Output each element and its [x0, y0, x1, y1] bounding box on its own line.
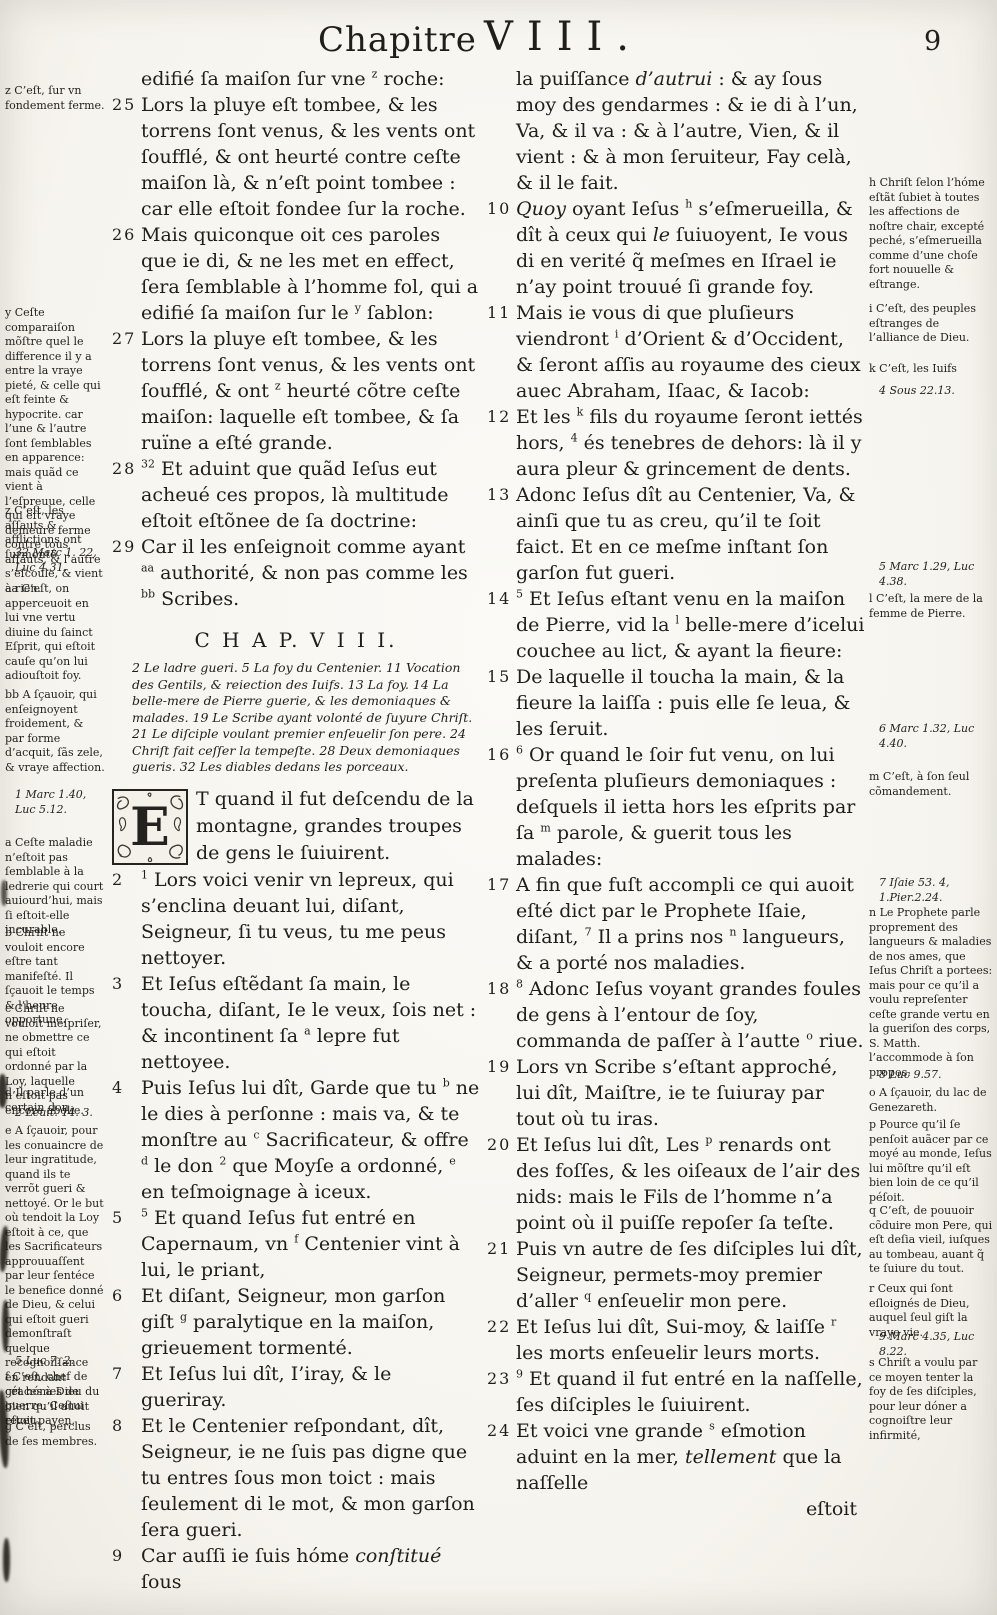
note-marker: 5	[516, 588, 523, 601]
verse: 21 Lors voici venir vn lepreux, qui s’en…	[112, 867, 480, 971]
verse-text: Puis Ieſus lui dît, Garde que tu b ne le…	[141, 1075, 480, 1205]
verse: 8Et le Centenier reſpondant, dît, Seigne…	[112, 1413, 480, 1543]
cross-reference-note: 4 Sous 22.13.	[869, 384, 997, 399]
verse-number: 11	[487, 300, 516, 322]
ink-smudge	[1, 880, 7, 906]
verse-text: Mais quiconque oit ces paroles que ie di…	[141, 222, 480, 326]
verse-number	[487, 66, 516, 69]
margin-annotation: i C’eſt, des peuples eſtranges de l’alli…	[869, 302, 993, 346]
verse: 10Quoy oyant Ieſus h s’eſmerueilla, & dî…	[487, 196, 865, 300]
verse-number: 17	[487, 872, 516, 894]
verse-number: 26	[112, 222, 141, 244]
verse-number: 15	[487, 664, 516, 686]
verse-number: 22	[487, 1314, 516, 1336]
cross-reference-note: 1 Marc 1.40, Luc 5.12.	[5, 788, 107, 817]
verse: edifié ſa maiſon ſur vne z roche:	[112, 66, 480, 92]
chapter7-end-verses: edifié ſa maiſon ſur vne z roche:25Lors …	[112, 66, 480, 612]
verse-text: Et Ieſus eſtẽdant ſa main, le toucha, di…	[141, 971, 480, 1075]
note-marker: 9	[516, 1368, 523, 1381]
margin-annotation: m C’eſt, à ſon ſeul cõmandement.	[869, 770, 993, 799]
verse-number: 18	[487, 976, 516, 998]
note-marker: d	[141, 1154, 148, 1167]
note-marker: b	[443, 1076, 450, 1089]
verse: 3Et Ieſus eſtẽdant ſa main, le toucha, d…	[112, 971, 480, 1075]
note-marker: h	[685, 198, 692, 211]
verse: 166 Or quand le ſoir fut venu, on lui pr…	[487, 742, 865, 872]
book-page: Chapitre VIII. 9 z C’eſt, ſur vn fondeme…	[0, 0, 997, 1615]
verse-text: 6 Or quand le ſoir fut venu, on lui preſ…	[516, 742, 865, 872]
margin-annotation: q C’eſt, de pouuoir cõduire mon Pere, qu…	[869, 1204, 993, 1277]
verse-text: Car auſſi ie ſuis hóme conſtitué ſous	[141, 1543, 480, 1595]
verse-text: la puiſſance d’autrui : & ay ſous moy de…	[516, 66, 865, 196]
opening-verse: E T quand il fut deſcendu de la montagne…	[112, 786, 480, 867]
note-marker: 6	[516, 744, 523, 757]
verse: 239 Et quand il fut entré en la naſſelle…	[487, 1366, 865, 1418]
cross-reference-note: 2 Leuit. 14. 3.	[5, 1106, 107, 1121]
note-marker: 7	[585, 926, 592, 939]
margin-annotation: k C’eſt, les Iuifs	[869, 362, 993, 377]
note-marker: y	[355, 302, 361, 315]
margin-annotation: aa C’eſt, on apperceuoit en lui vne vert…	[5, 582, 107, 684]
italic-run: le	[653, 224, 670, 246]
margin-annotation: s Chriſt a voulu par ce moyen tenter la …	[869, 1356, 993, 1443]
verse-text: Et Ieſus lui dît, Sui-moy, & laiſſe r le…	[516, 1314, 865, 1366]
chapter8-verses-left: 21 Lors voici venir vn lepreux, qui s’en…	[112, 867, 480, 1595]
note-marker: r	[831, 1316, 836, 1329]
verse-text: Et Ieſus lui dît, I’iray, & le gueriray.	[141, 1361, 480, 1413]
note-marker: i	[615, 328, 619, 341]
running-head-chapter-numeral: VIII.	[484, 14, 643, 60]
verse-number: 4	[112, 1075, 141, 1097]
ink-smudge	[2, 1300, 9, 1352]
margin-annotation: p Pource qu’il ſe penſoit auãcer par ce …	[869, 1118, 993, 1205]
verse-number: 29	[112, 534, 141, 556]
cross-reference-note: 9 Marc 4.35, Luc 8.22.	[869, 1330, 997, 1359]
verse-number: 2	[112, 867, 141, 889]
verse: 17A fin que fuſt accompli ce qui auoit e…	[487, 872, 865, 976]
drop-cap-woodcut: E	[112, 789, 188, 865]
verse: 26Mais quiconque oit ces paroles que ie …	[112, 222, 480, 326]
note-marker: g	[180, 1310, 187, 1323]
note-marker: p	[705, 1134, 712, 1147]
margin-annotation: z C’eſt, ſur vn fondement ferme.	[5, 84, 107, 113]
left-margin-notes: z C’eſt, ſur vn fondement ferme.y Ceſte …	[5, 0, 107, 1615]
note-marker: 5	[141, 1206, 148, 1219]
right-margin-notes: h Chriſt ſelon l’hóme eſtãt ſubiet à tou…	[869, 0, 993, 1615]
margin-annotation: a Ceſte maladie n’eſtoit pas ſemblable à…	[5, 836, 107, 938]
verse-text: Lors la pluye eſt tombee, & les torrens …	[141, 326, 480, 456]
verse-text: Mais ie vous di que pluſieurs viendront …	[516, 300, 865, 404]
note-marker: bb	[141, 588, 155, 601]
verse-text: Lors vn Scribe s’eſtant approché, lui dî…	[516, 1054, 865, 1132]
note-marker: c	[253, 1128, 259, 1141]
running-head-chapter-word: Chapitre	[318, 20, 477, 60]
note-marker: n	[729, 926, 736, 939]
verse: 15De laquelle il toucha la main, & la fi…	[487, 664, 865, 742]
verse: 9Car auſſi ie ſuis hóme conſtitué ſous	[112, 1543, 480, 1595]
note-marker: m	[540, 822, 550, 835]
verse-text: 32 Et aduint que quãd Ieſus eut acheué c…	[141, 456, 480, 534]
note-marker: a	[304, 1024, 311, 1037]
verse: 27Lors la pluye eſt tombee, & les torren…	[112, 326, 480, 456]
verse-text: Et Ieſus lui dît, Les p renards ont des …	[516, 1132, 865, 1236]
verse-text: Et voici vne grande s eſmotion aduint en…	[516, 1418, 865, 1496]
verse: 22Et Ieſus lui dît, Sui-moy, & laiſſe r …	[487, 1314, 865, 1366]
verse-text: Et diſant, Seigneur, mon garſon giſt g p…	[141, 1283, 480, 1361]
verse: 25Lors la pluye eſt tombee, & les torren…	[112, 92, 480, 222]
verse-text: Et les k fils du royaume ſeront iettés h…	[516, 404, 865, 482]
verse: 55 Et quand Ieſus fut entré en Capernaum…	[112, 1205, 480, 1283]
verse-text: edifié ſa maiſon ſur vne z roche:	[141, 66, 480, 92]
note-marker: 4	[571, 432, 578, 445]
italic-run: conſtitué	[355, 1545, 441, 1567]
verse-text: 1 Lors voici venir vn lepreux, qui s’enc…	[141, 867, 480, 971]
verse: 6Et diſant, Seigneur, mon garſon giſt g …	[112, 1283, 480, 1361]
note-marker: k	[577, 406, 584, 419]
cross-reference-note: 32 Marc 1. 22, Luc 4.31.	[5, 546, 107, 575]
note-marker: q	[584, 1290, 591, 1303]
verse-number: 3	[112, 971, 141, 993]
cross-reference-note: 8 Luc 9.57.	[869, 1068, 997, 1083]
ink-smudge	[0, 1074, 7, 1108]
cross-reference-note: 7 Iſaie 53. 4, 1.Pier.2.24.	[869, 876, 997, 905]
right-text-column: la puiſſance d’autrui : & ay ſous moy de…	[487, 66, 865, 1522]
verse: la puiſſance d’autrui : & ay ſous moy de…	[487, 66, 865, 196]
verse-number: 8	[112, 1413, 141, 1435]
margin-annotation: o A ſçauoir, du lac de Genezareth.	[869, 1086, 993, 1115]
verse-text: 5 Et Ieſus eſtant venu en la maiſon de P…	[516, 586, 865, 664]
note-marker: 2	[219, 1154, 226, 1167]
drop-cap-letter: E	[114, 793, 186, 863]
verse: 188 Adonc Ieſus voyant grandes foules de…	[487, 976, 865, 1054]
verse-number: 9	[112, 1543, 141, 1565]
verse: 24Et voici vne grande s eſmotion aduint …	[487, 1418, 865, 1496]
verse: 11Mais ie vous di que pluſieurs viendron…	[487, 300, 865, 404]
note-marker: f	[294, 1232, 298, 1245]
verse-number: 27	[112, 326, 141, 348]
chapter8-verses-right: la puiſſance d’autrui : & ay ſous moy de…	[487, 66, 865, 1496]
note-marker: 8	[516, 978, 523, 991]
verse-text: De laquelle il toucha la main, & la fieu…	[516, 664, 865, 742]
verse: 2832 Et aduint que quãd Ieſus eut acheué…	[112, 456, 480, 534]
verse-text: Lors la pluye eſt tombee, & les torrens …	[141, 92, 480, 222]
note-marker: z	[275, 380, 281, 393]
verse-number	[112, 66, 141, 69]
verse-number: 20	[487, 1132, 516, 1154]
cross-reference-note: 5 Luc 7. 2.	[5, 1354, 107, 1369]
verse-text: Et le Centenier reſpondant, dît, Seigneu…	[141, 1413, 480, 1543]
verse-text: Car il les enſeignoit comme ayant aa aut…	[141, 534, 480, 612]
margin-annotation: h Chriſt ſelon l’hóme eſtãt ſubiet à tou…	[869, 176, 993, 292]
verse: 21Puis vn autre de ſes diſciples lui dît…	[487, 1236, 865, 1314]
italic-run: Quoy	[516, 198, 566, 220]
italic-run: d’autrui	[635, 68, 712, 90]
verse: 29Car il les enſeignoit comme ayant aa a…	[112, 534, 480, 612]
cross-reference-note: 6 Marc 1.32, Luc 4.40.	[869, 722, 997, 751]
ink-smudge	[3, 1538, 10, 1582]
left-text-column: edifié ſa maiſon ſur vne z roche:25Lors …	[112, 66, 480, 1595]
chapter-heading: C H A P. V I I I.	[112, 628, 480, 652]
verse-number: 21	[487, 1236, 516, 1258]
verse-text: Adonc Ieſus dît au Centenier, Va, & ainſ…	[516, 482, 865, 586]
verse-text: Quoy oyant Ieſus h s’eſmerueilla, & dît …	[516, 196, 865, 300]
verse-number: 25	[112, 92, 141, 114]
verse: 12Et les k fils du royaume ſeront iettés…	[487, 404, 865, 482]
verse-number: 14	[487, 586, 516, 608]
chapter-argument: 2 Le ladre gueri. 5 La foy du Centenier.…	[112, 660, 480, 776]
verse-number: 23	[487, 1366, 516, 1388]
note-marker: z	[372, 68, 378, 81]
verse-number: 13	[487, 482, 516, 504]
verse: 19Lors vn Scribe s’eſtant approché, lui …	[487, 1054, 865, 1132]
note-marker: aa	[141, 562, 154, 575]
verse: 4Puis Ieſus lui dît, Garde que tu b ne l…	[112, 1075, 480, 1205]
note-marker: e	[449, 1154, 456, 1167]
note-marker: l	[676, 614, 680, 627]
verse-number: 6	[112, 1283, 141, 1305]
verse-text: 9 Et quand il fut entré en la naſſelle, …	[516, 1366, 865, 1418]
margin-annotation: bb A ſçauoir, qui enſeignoyent froidemen…	[5, 688, 107, 775]
verse-number: 10	[487, 196, 516, 218]
note-marker: 32	[141, 458, 155, 471]
verse-number: 16	[487, 742, 516, 764]
margin-annotation: l C’eſt, la mere de la femme de Pierre.	[869, 592, 993, 621]
verse: 13Adonc Ieſus dît au Centenier, Va, & ai…	[487, 482, 865, 586]
note-marker: o	[806, 1030, 813, 1043]
verse: 20Et Ieſus lui dît, Les p renards ont de…	[487, 1132, 865, 1236]
verse-number: 7	[112, 1361, 141, 1383]
verse-text: Puis vn autre de ſes diſciples lui dît, …	[516, 1236, 865, 1314]
cross-reference-note: 5 Marc 1.29, Luc 4.38.	[869, 560, 997, 589]
verse-number: 12	[487, 404, 516, 426]
verse: 7Et Ieſus lui dît, I’iray, & le gueriray…	[112, 1361, 480, 1413]
verse-text: A fin que fuſt accompli ce qui auoit eſt…	[516, 872, 865, 976]
verse-number: 5	[112, 1205, 141, 1227]
italic-run: tellement	[685, 1446, 776, 1468]
verse: 145 Et Ieſus eſtant venu en la maiſon de…	[487, 586, 865, 664]
catchword: eſtoit	[487, 1496, 865, 1522]
margin-annotation: n Le Prophete parle proprement des langu…	[869, 906, 993, 1080]
note-marker: 1	[141, 868, 148, 881]
verse-number: 28	[112, 456, 141, 478]
note-marker: s	[709, 1420, 715, 1433]
verse-text: 5 Et quand Ieſus fut entré en Capernaum,…	[141, 1205, 480, 1283]
verse-number: 24	[487, 1418, 516, 1440]
margin-annotation: g C’eſt, perclus de ſes membres.	[5, 1420, 107, 1449]
verse-number: 19	[487, 1054, 516, 1076]
verse-text: 8 Adonc Ieſus voyant grandes foules de g…	[516, 976, 865, 1054]
